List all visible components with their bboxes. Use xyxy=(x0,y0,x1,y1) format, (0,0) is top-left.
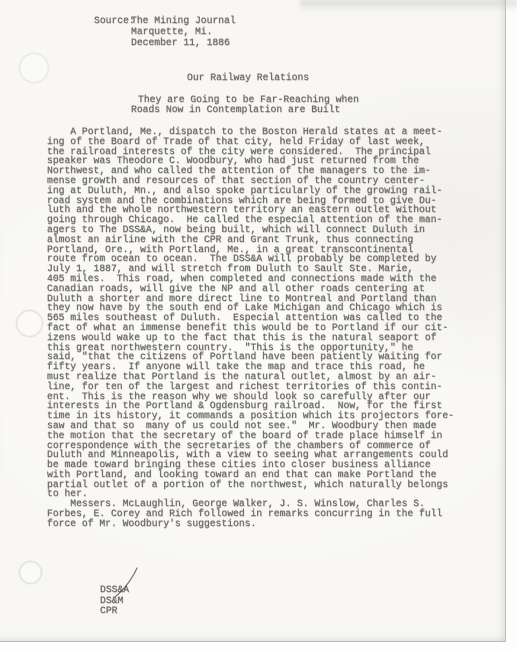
scanned-document-page: Source: The Mining JournalMarquette, Mi.… xyxy=(0,0,517,650)
body-text-line: partial outlet of a portion of the north… xyxy=(47,480,454,490)
hole-punch-top xyxy=(19,53,49,83)
body-text-line: force of Mr. Woodbury's suggestions. xyxy=(47,519,454,529)
index-tag: CPR xyxy=(100,606,129,617)
article-subtitle-line-2: Roads Now in Contemplation are Built xyxy=(131,105,340,115)
pen-check-mark-icon xyxy=(112,566,140,600)
article-body: A Portland, Me., dispatch to the Boston … xyxy=(47,127,454,529)
hole-punch-bottom xyxy=(19,561,42,584)
source-address-block: The Mining JournalMarquette, Mi.December… xyxy=(131,16,236,48)
source-label: Source: xyxy=(94,16,135,26)
source-line: December 11, 1886 xyxy=(131,38,236,49)
scan-top-edge-shadow xyxy=(300,0,517,13)
hole-punch-middle xyxy=(16,310,43,337)
source-line: Marquette, Mi. xyxy=(131,27,236,38)
article-title: Our Railway Relations xyxy=(187,73,309,83)
